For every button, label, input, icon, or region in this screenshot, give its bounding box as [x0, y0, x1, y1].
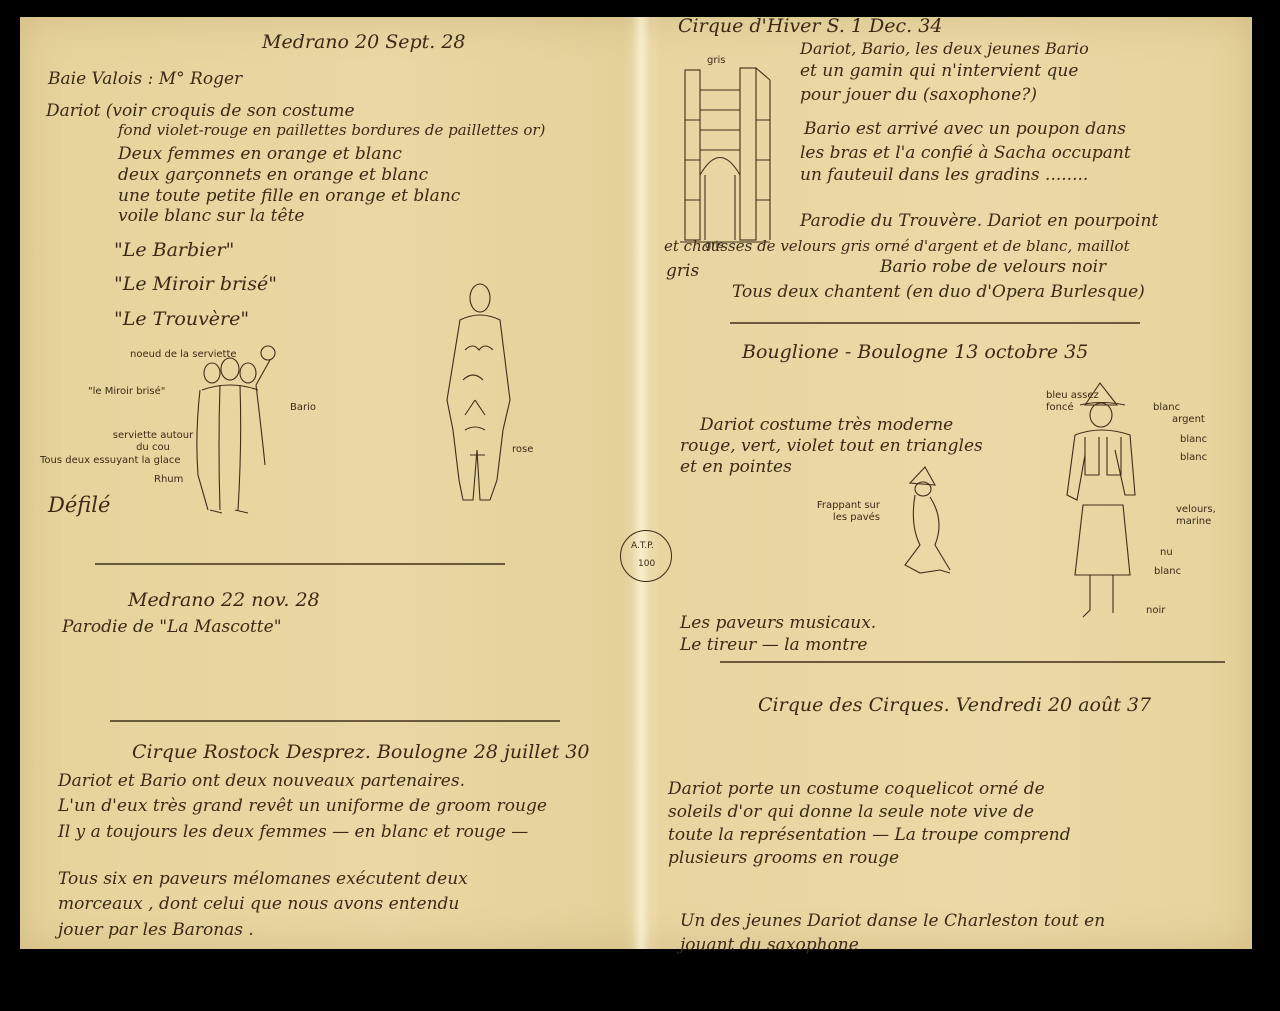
text-line: Un des jeunes Dariot danse le Charleston… [680, 912, 1105, 932]
sketch-label: Rhum [154, 474, 183, 486]
text-line: Deux femmes en orange et blanc [118, 145, 402, 165]
sketch-label: nu [1160, 547, 1173, 559]
text-line: Il y a toujours les deux femmes — en bla… [58, 823, 528, 843]
sketch-label: blanc [1154, 566, 1181, 578]
text-line: Dariot, Bario, les deux jeunes Bario [800, 40, 1089, 58]
sketch-label: noir [1146, 605, 1165, 617]
entry-heading: Medrano 22 nov. 28 [128, 590, 320, 612]
text-line: et un gamin qui n'intervient que [800, 62, 1078, 82]
entry-heading: Cirque d'Hiver S. 1 Dec. 34 [678, 16, 942, 38]
divider [720, 661, 1225, 663]
text-line: Baie Valois : M° Roger [48, 70, 242, 90]
entry-heading: Cirque des Cirques. Vendredi 20 août 37 [758, 695, 1151, 717]
text-line: rouge, vert, violet tout en triangles [680, 437, 983, 457]
text-line: L'un d'eux très grand revêt un uniforme … [58, 797, 547, 817]
text-line: fond violet-rouge en paillettes bordures… [118, 122, 545, 139]
text-line: morceaux , dont celui que nous avons ent… [58, 895, 459, 915]
text-line: gris [666, 262, 699, 282]
text-line: Tous six en paveurs mélomanes exécutent … [58, 870, 468, 890]
sketch-label: blanc [1180, 452, 1207, 464]
sketch-label: Frappant sur les pavés [800, 500, 880, 523]
sketch-label: bleu assez foncé [1046, 390, 1106, 413]
stamp-bottom: 100 [638, 559, 655, 569]
sketch-label: "le Miroir brisé" [88, 386, 165, 398]
text-line: Parodie du Trouvère. Dariot en pourpoint [800, 212, 1158, 232]
sketch-label: blanc [1180, 434, 1207, 446]
text-line: Les paveurs musicaux. [680, 614, 876, 634]
entry-heading: Medrano 20 Sept. 28 [262, 32, 466, 54]
section-footer: Défilé [48, 493, 110, 517]
dariot-costume-sketch [435, 280, 525, 505]
divider [110, 720, 560, 722]
sketch-label: velours, marine [1176, 504, 1236, 527]
sketch-label: blanc [1153, 402, 1180, 414]
text-line: les bras et l'a confié à Sacha occupant [800, 144, 1131, 164]
text-line: pour jouer du (saxophone?) [800, 86, 1037, 106]
text-line: et en pointes [680, 458, 792, 478]
text-line: Dariot porte un costume coquelicot orné … [668, 780, 1045, 800]
sketch-label: argent [1172, 414, 1205, 426]
sketch-label: noeud de la serviette [130, 349, 237, 361]
kneeling-paveur-sketch [890, 465, 970, 580]
sketch-label: Tous deux essuyant la glace [40, 455, 181, 467]
text-line: plusieurs grooms en rouge [668, 849, 899, 869]
text-line: Dariot (voir croquis de son costume [46, 102, 355, 122]
song-title: "Le Trouvère" [114, 309, 249, 331]
text-line: et chausses de velours gris orné d'argen… [664, 238, 1130, 255]
text-line: jouer par les Baronas . [58, 921, 254, 941]
sketch-label: Bario [290, 402, 316, 414]
text-line: Bario est arrivé avec un poupon dans [804, 120, 1126, 140]
tower-label: gris [707, 55, 725, 67]
song-title: "Le Miroir brisé" [114, 274, 277, 296]
text-line: Dariot et Bario ont deux nouveaux parten… [58, 772, 465, 792]
entry-heading: Cirque Rostock Desprez. Boulogne 28 juil… [132, 742, 589, 764]
text-line: un fauteuil dans les gradins ........ [800, 166, 1088, 186]
center-fold [632, 17, 650, 949]
sketch-label: rose [512, 444, 533, 456]
divider [95, 563, 505, 565]
entry-heading: Bouglione - Boulogne 13 octobre 35 [742, 342, 1088, 364]
sketch-label: serviette autour du cou [108, 430, 198, 453]
text-line: toute la représentation — La troupe comp… [668, 826, 1071, 846]
text-line: une toute petite fille en orange et blan… [118, 187, 460, 207]
divider [730, 322, 1140, 324]
song-title: "Le Barbier" [114, 240, 234, 262]
stamp-top: A.T.P. [631, 541, 654, 551]
archive-stamp: A.T.P. 100 [620, 530, 672, 582]
text-line: Bario robe de velours noir [880, 258, 1106, 278]
text-line: soleils d'or qui donne la seule note viv… [668, 803, 1034, 823]
text-line: Tous deux chantent (en duo d'Opera Burle… [732, 283, 1145, 303]
text-line: jouant du saxophone [680, 936, 859, 956]
text-line: deux garçonnets en orange et blanc [118, 166, 428, 186]
text-line: voile blanc sur la tête [118, 207, 304, 227]
clown-group-sketch [190, 345, 280, 520]
text-line: Parodie de "La Mascotte" [62, 618, 282, 638]
text-line: Dariot costume très moderne [700, 416, 953, 436]
tower-sketch [675, 60, 775, 250]
text-line: Le tireur — la montre [680, 636, 867, 656]
